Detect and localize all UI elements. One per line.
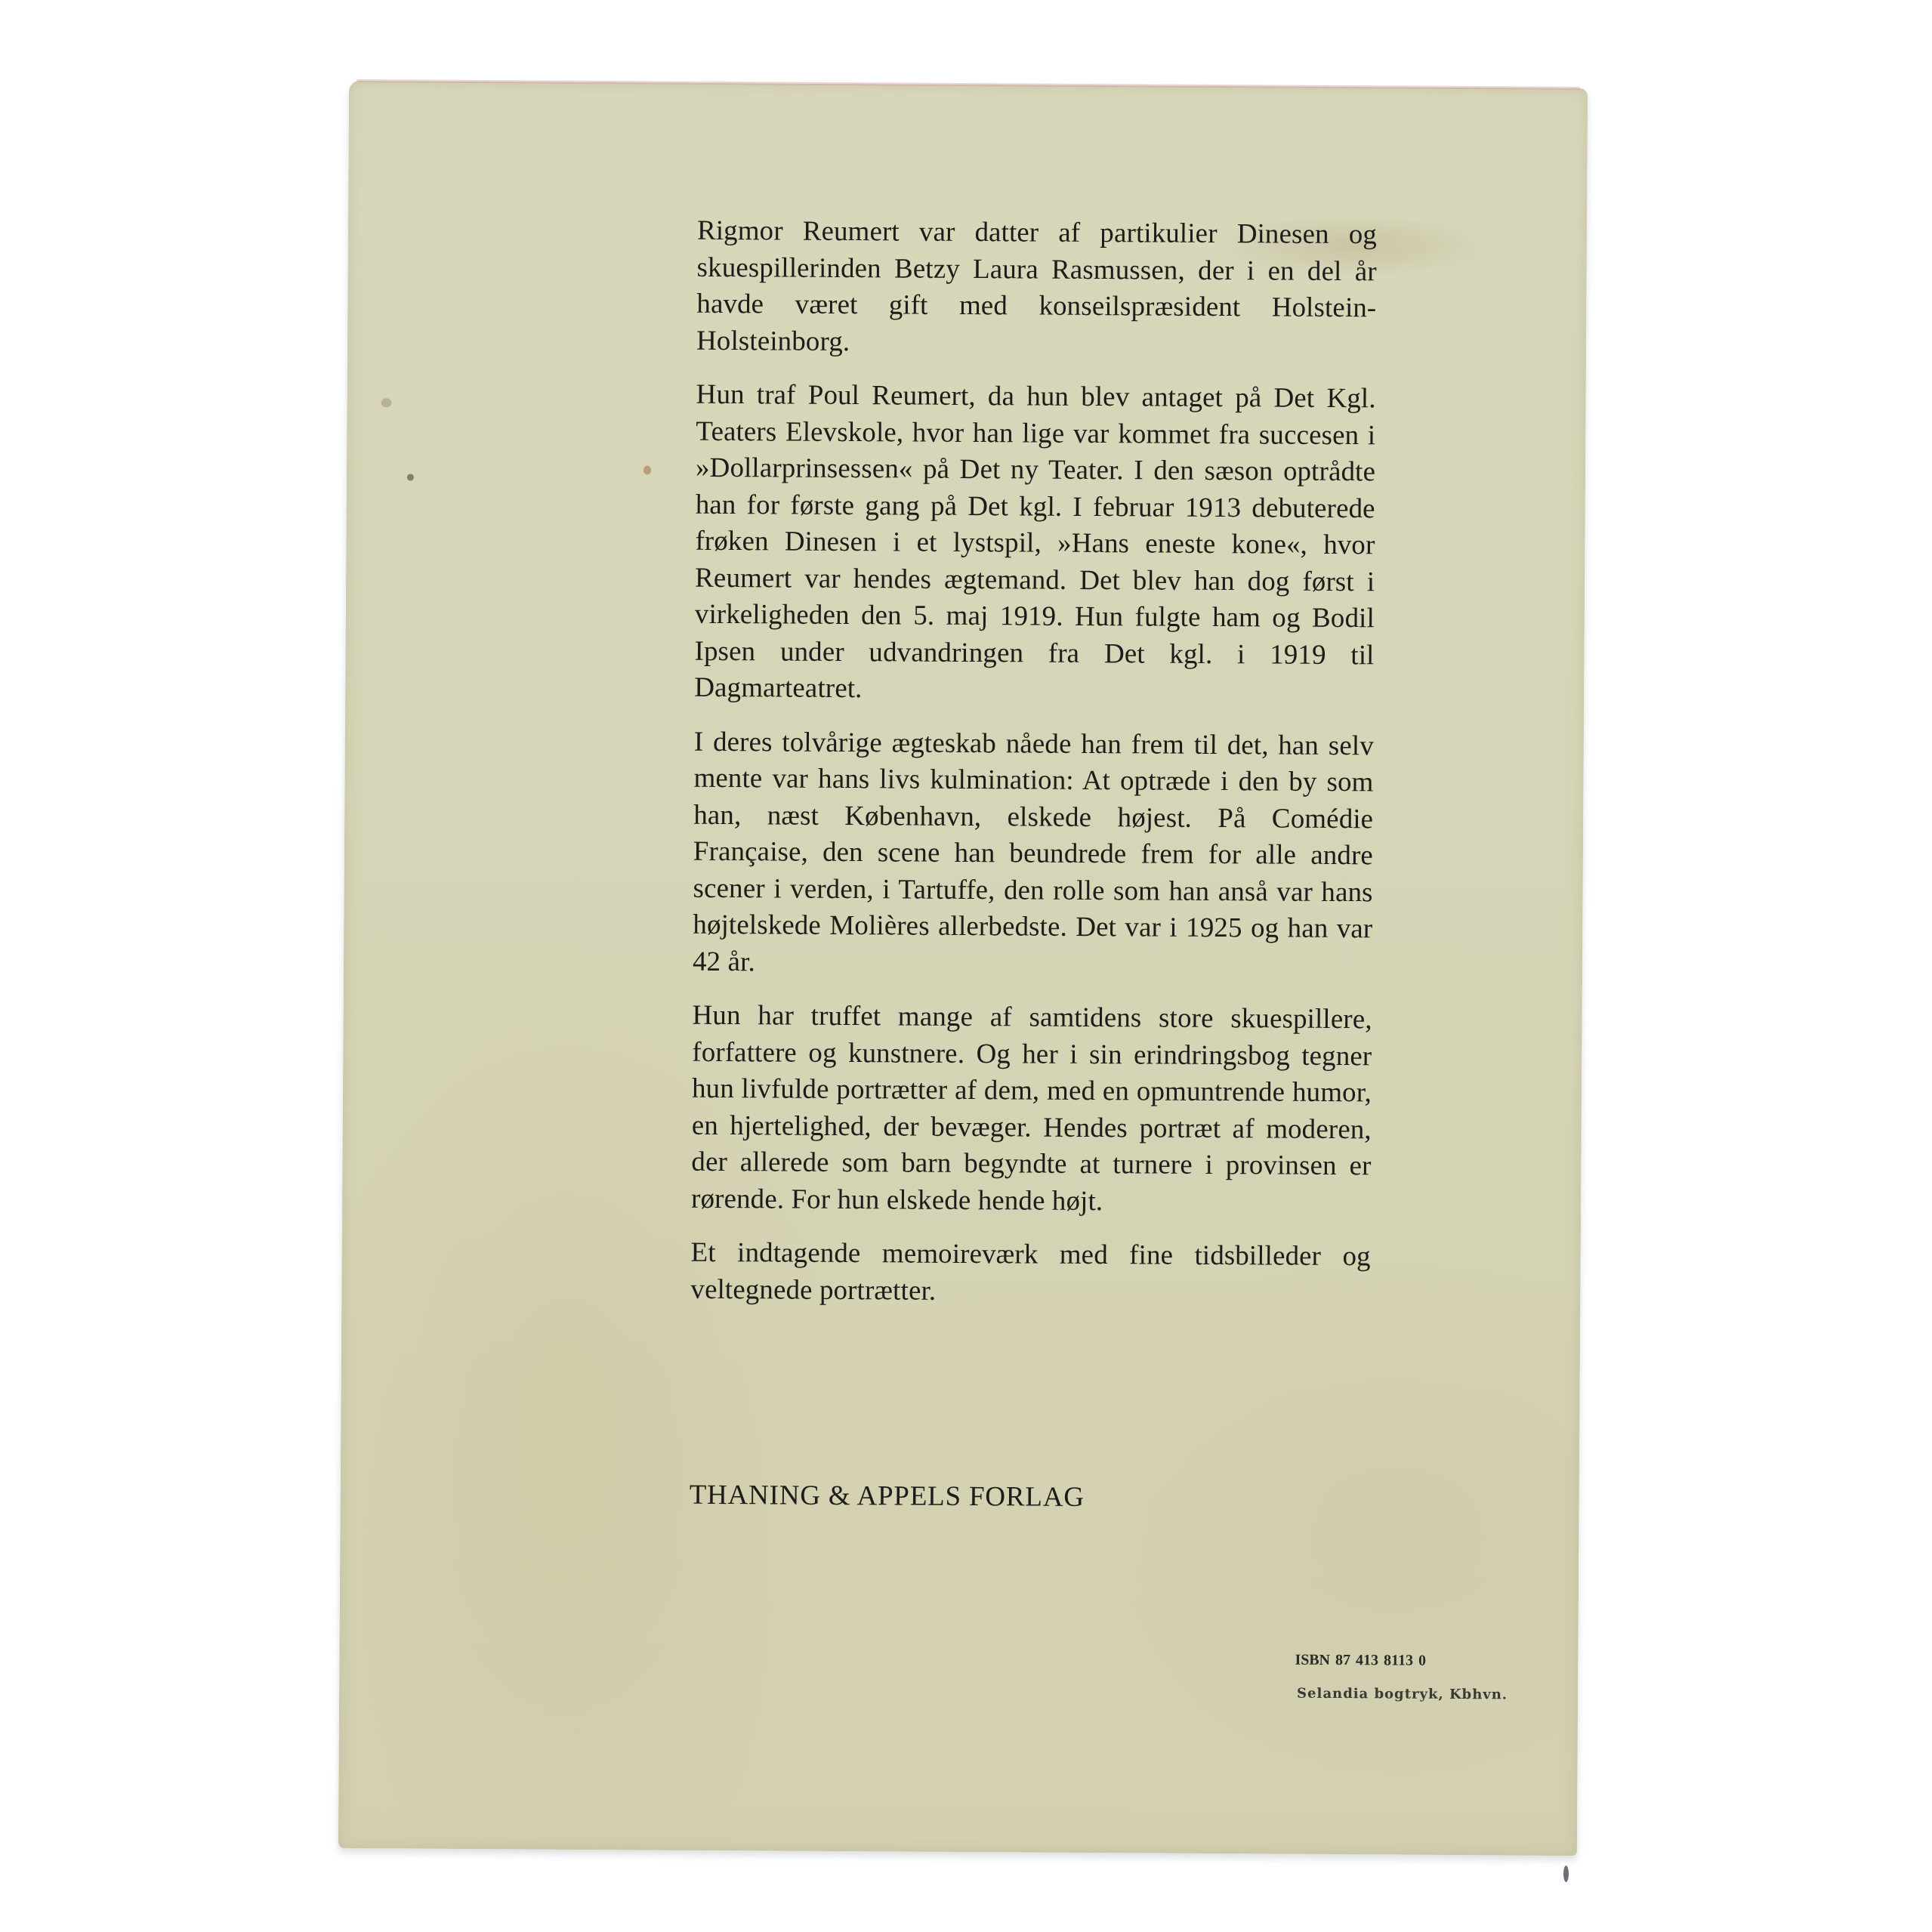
blurb-paragraph-4: Hun har truffet mange af samtidens store…	[691, 998, 1372, 1221]
isbn-number: ISBN 87 413 8113 0	[1295, 1652, 1426, 1670]
blurb-paragraph-3: I deres tolvårige ægteskab nåede han fre…	[693, 724, 1374, 984]
publisher-name: THANING & APPELS FORLAG	[690, 1479, 1085, 1514]
blurb-text: Rigmor Reumert var datter af partikulier…	[690, 213, 1377, 1329]
printer-credit: Selandia bogtryk, Kbhvn.	[1297, 1686, 1508, 1703]
foxing-speck	[407, 474, 414, 480]
stray-mark	[1563, 1866, 1569, 1882]
book-back-cover: Rigmor Reumert var datter af partikulier…	[338, 81, 1588, 1856]
blurb-paragraph-5: Et indtagende memoireværk med fine tidsb…	[690, 1235, 1371, 1312]
foxing-speck	[643, 465, 651, 474]
blurb-paragraph-1: Rigmor Reumert var datter af partikulier…	[696, 213, 1377, 363]
foxing-speck	[381, 398, 392, 407]
blurb-paragraph-2: Hun traf Poul Reumert, da hun blev antag…	[694, 377, 1376, 711]
